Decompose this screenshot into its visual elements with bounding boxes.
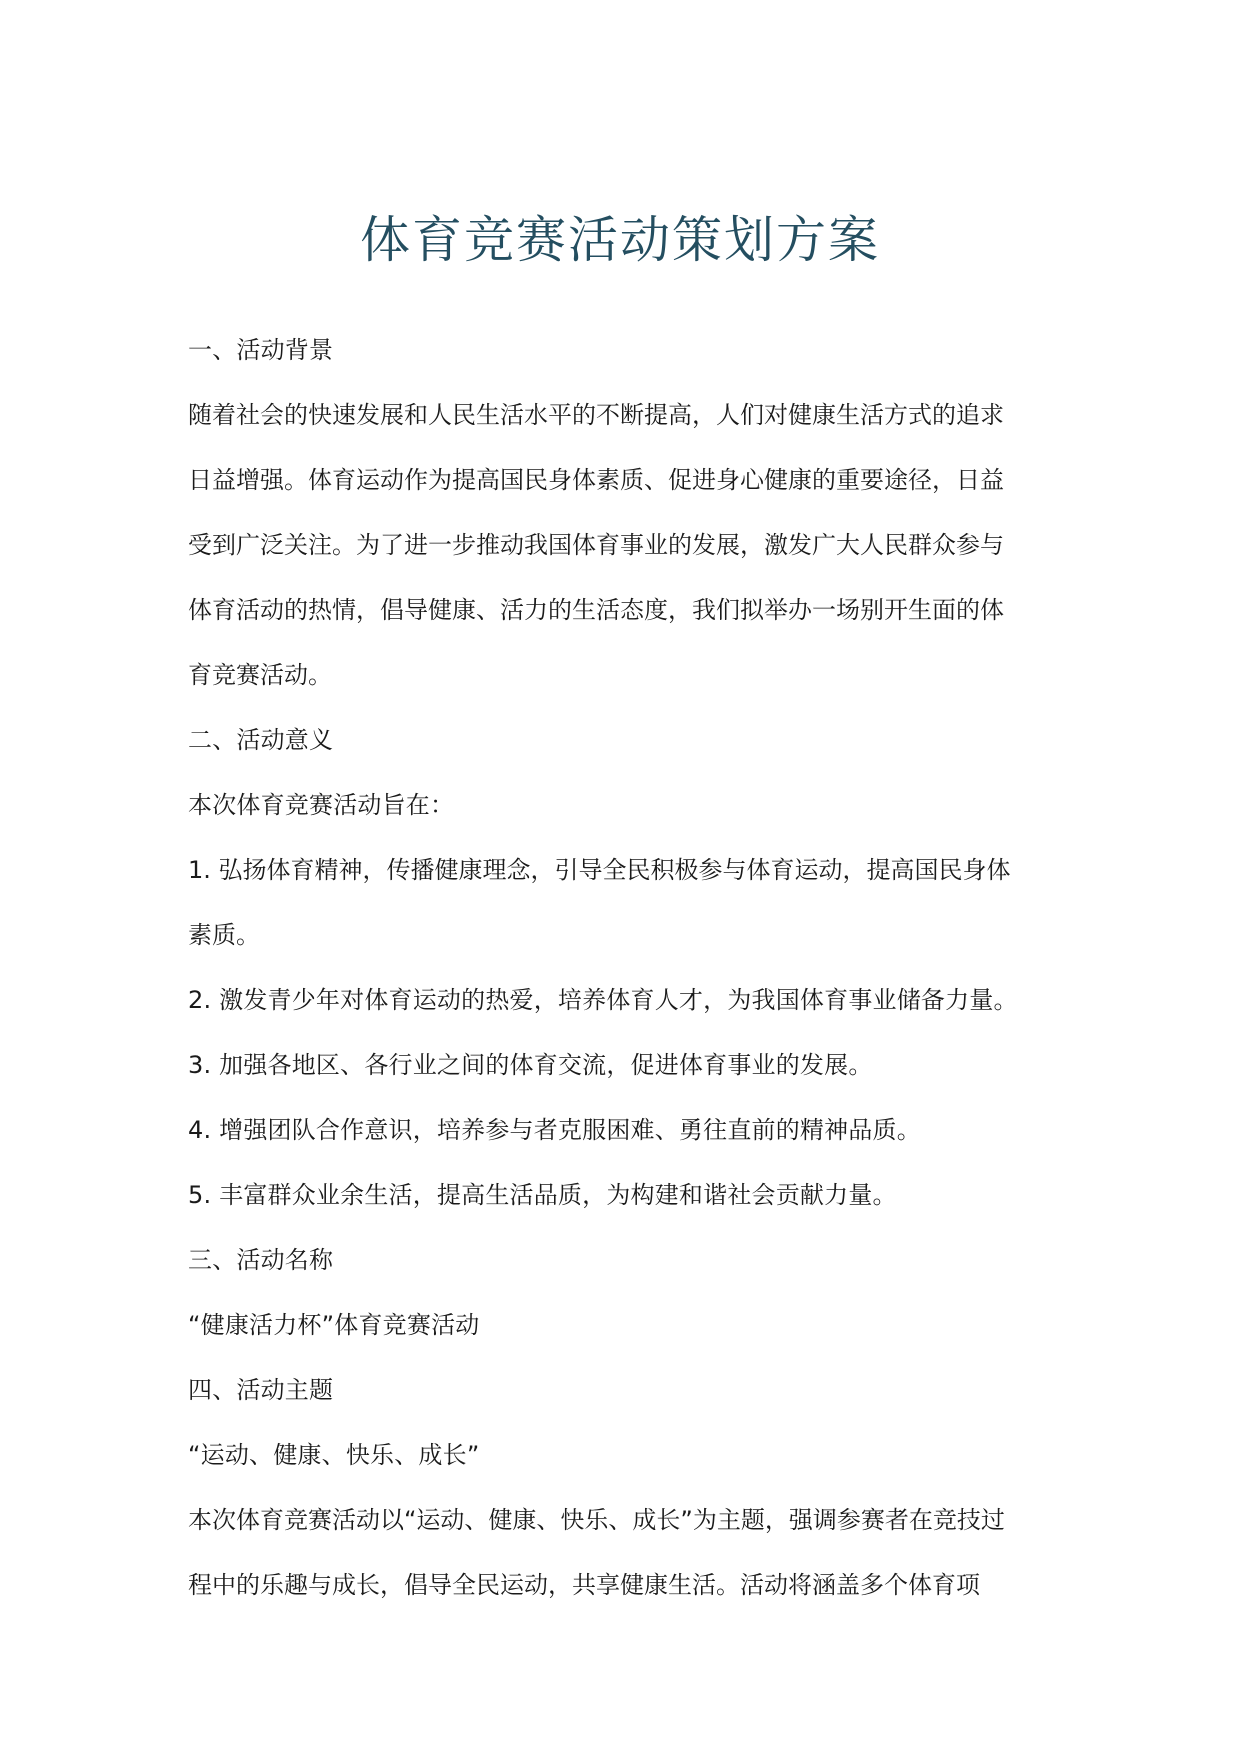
section-heading-significance: 二、活动意义 xyxy=(188,708,1048,773)
paragraph-line: 体育活动的热情，倡导健康、活力的生活态度，我们拟举办一场别开生面的体 xyxy=(188,578,1040,643)
document-title: 体育竞赛活动策划方案 xyxy=(0,208,1240,272)
significance-intro: 本次体育竞赛活动旨在： xyxy=(188,773,1048,838)
significance-item-5: 5. 丰富群众业余生活，提高生活品质，为构建和谐社会贡献力量。 xyxy=(188,1163,1048,1228)
document-body: 一、活动背景 随着社会的快速发展和人民生活水平的不断提高，人们对健康生活方式的追… xyxy=(188,318,1048,1618)
paragraph-line: 育竞赛活动。 xyxy=(188,643,1040,708)
document-page: 体育竞赛活动策划方案 一、活动背景 随着社会的快速发展和人民生活水平的不断提高，… xyxy=(0,0,1240,1753)
list-item-line: 1. 弘扬体育精神，传播健康理念，引导全民积极参与体育运动，提高国民身体 xyxy=(188,838,1040,903)
section-heading-name: 三、活动名称 xyxy=(188,1228,1048,1293)
paragraph-line: 本次体育竞赛活动以“运动、健康、快乐、成长”为主题，强调参赛者在竞技过 xyxy=(188,1488,1040,1553)
paragraph-line: 日益增强。体育运动作为提高国民身体素质、促进身心健康的重要途径，日益 xyxy=(188,448,1040,513)
list-item-line: 素质。 xyxy=(188,903,1040,968)
significance-item-2: 2. 激发青少年对体育运动的热爱，培养体育人才，为我国体育事业储备力量。 xyxy=(188,968,1048,1033)
theme-paragraph: 本次体育竞赛活动以“运动、健康、快乐、成长”为主题，强调参赛者在竞技过 程中的乐… xyxy=(188,1488,1040,1618)
paragraph-line: 受到广泛关注。为了进一步推动我国体育事业的发展，激发广大人民群众参与 xyxy=(188,513,1040,578)
significance-item-1: 1. 弘扬体育精神，传播健康理念，引导全民积极参与体育运动，提高国民身体 素质。 xyxy=(188,838,1040,968)
paragraph-line: 随着社会的快速发展和人民生活水平的不断提高，人们对健康生活方式的追求 xyxy=(188,383,1040,448)
paragraph-line: 程中的乐趣与成长，倡导全民运动，共享健康生活。活动将涵盖多个体育项 xyxy=(188,1553,1040,1618)
section-heading-background: 一、活动背景 xyxy=(188,318,1048,383)
section-heading-theme: 四、活动主题 xyxy=(188,1358,1048,1423)
activity-name: “健康活力杯”体育竞赛活动 xyxy=(188,1293,1048,1358)
activity-theme: “运动、健康、快乐、成长” xyxy=(188,1423,1048,1488)
significance-item-3: 3. 加强各地区、各行业之间的体育交流，促进体育事业的发展。 xyxy=(188,1033,1048,1098)
significance-item-4: 4. 增强团队合作意识，培养参与者克服困难、勇往直前的精神品质。 xyxy=(188,1098,1048,1163)
background-paragraph: 随着社会的快速发展和人民生活水平的不断提高，人们对健康生活方式的追求 日益增强。… xyxy=(188,383,1040,708)
